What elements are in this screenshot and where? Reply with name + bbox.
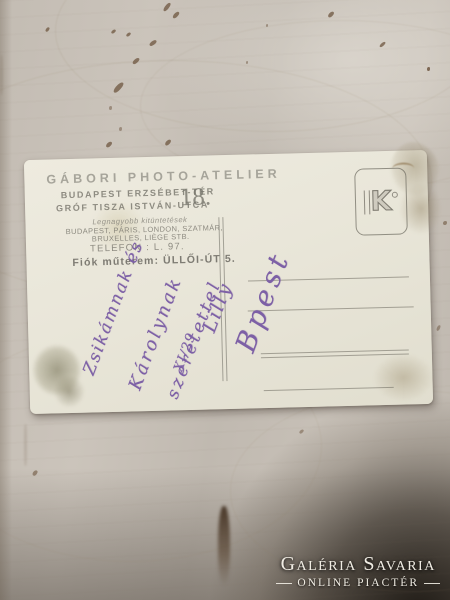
wood-streak bbox=[24, 424, 27, 466]
card-stain-bottom-right bbox=[373, 353, 434, 403]
wood-knot bbox=[218, 506, 230, 586]
watermark-subtitle: ONLINE PIACTÉR bbox=[297, 577, 419, 589]
photo-scene: GÁBORI PHOTO-ATELIER BUDAPEST ERZSÉBET-T… bbox=[0, 0, 450, 600]
monogram-bars bbox=[363, 190, 370, 214]
postcard-back: GÁBORI PHOTO-ATELIER BUDAPEST ERZSÉBET-T… bbox=[24, 150, 433, 414]
handwriting-place: Bpest bbox=[229, 246, 297, 357]
wood-speck bbox=[266, 24, 268, 27]
wood-speck bbox=[246, 61, 248, 64]
watermark-dash bbox=[424, 583, 440, 584]
wood-streak bbox=[0, 55, 3, 95]
stamp-box: K bbox=[354, 167, 408, 235]
monogram-letter: K bbox=[370, 188, 392, 216]
monogram-k-logo: K bbox=[363, 188, 399, 216]
watermark-dash bbox=[276, 583, 292, 584]
watermark: Galéria Savaria ONLINE PIACTÉR bbox=[271, 553, 445, 589]
branch-studio-line: Fiók műterem: ÜLLŐI-ÚT 5. bbox=[72, 253, 236, 269]
street-number: 18. bbox=[180, 183, 212, 212]
studio-name: GÁBORI PHOTO-ATELIER bbox=[46, 167, 281, 187]
watermark-subtitle-row: ONLINE PIACTÉR bbox=[271, 577, 445, 589]
card-stain-bottom-left bbox=[28, 336, 96, 416]
address-line-4 bbox=[264, 387, 394, 391]
monogram-ring bbox=[392, 191, 398, 197]
watermark-title: Galéria Savaria bbox=[271, 553, 445, 576]
